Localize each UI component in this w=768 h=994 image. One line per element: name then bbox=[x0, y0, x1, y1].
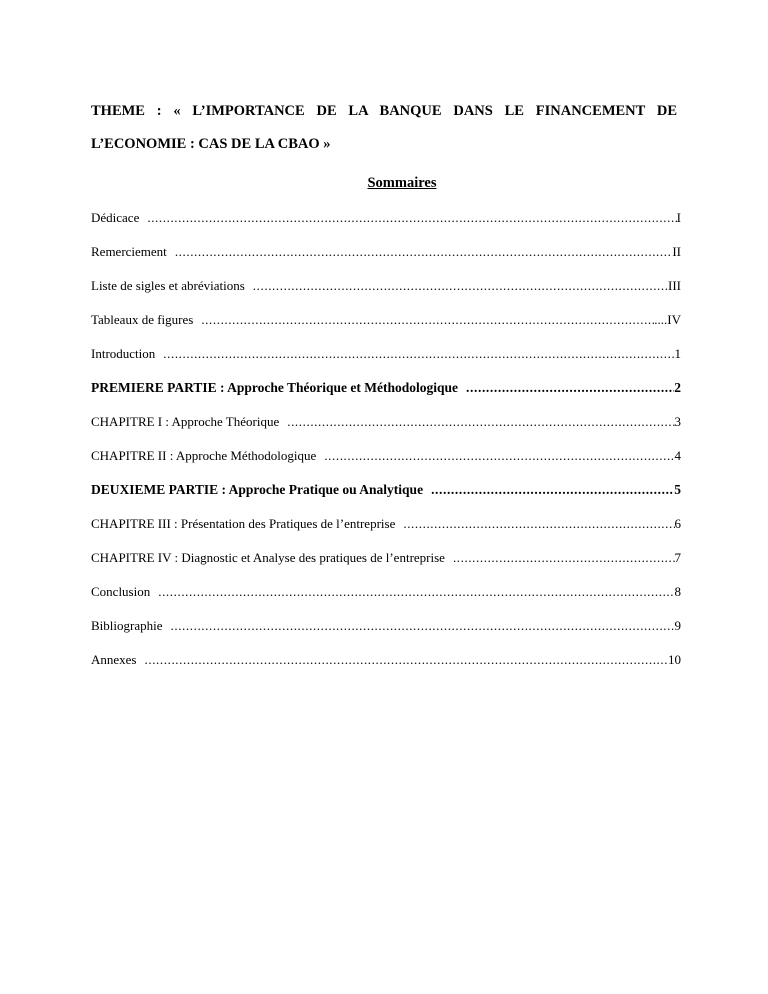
toc-entry-bibliographie[interactable]: Bibliographie 9 bbox=[91, 617, 681, 651]
toc-entry-page: 1 bbox=[675, 345, 682, 363]
toc-entry-annexes[interactable]: Annexes 10 bbox=[91, 651, 681, 685]
toc-entry-page: ....IV bbox=[654, 311, 681, 329]
document-theme: THEME : « L’IMPORTANCE DE LA BANQUE DANS… bbox=[91, 95, 677, 161]
toc-entry-label: Dédicace bbox=[91, 209, 147, 227]
dot-leader bbox=[431, 481, 674, 499]
toc-entry-page: 5 bbox=[674, 481, 681, 499]
toc-entry-page: 6 bbox=[675, 515, 682, 533]
toc-entry-page: 2 bbox=[674, 379, 681, 397]
toc-entry-label: CHAPITRE II : Approche Méthodologique bbox=[91, 447, 324, 465]
dot-leader bbox=[175, 243, 673, 261]
toc-entry-deuxieme-partie[interactable]: DEUXIEME PARTIE : Approche Pratique ou A… bbox=[91, 481, 681, 515]
toc-entry-label: Conclusion bbox=[91, 583, 158, 601]
toc-entry-page: 8 bbox=[675, 583, 682, 601]
dot-leader bbox=[171, 617, 675, 635]
toc-entry-chapitre-1[interactable]: CHAPITRE I : Approche Théorique 3 bbox=[91, 413, 681, 447]
dot-leader bbox=[453, 549, 675, 567]
toc-entry-label: Introduction bbox=[91, 345, 163, 363]
toc-entry-label: Tableaux de figures bbox=[91, 311, 201, 329]
toc-entry-chapitre-2[interactable]: CHAPITRE II : Approche Méthodologique 4 bbox=[91, 447, 681, 481]
toc-entry-chapitre-3[interactable]: CHAPITRE III : Présentation des Pratique… bbox=[91, 515, 681, 549]
dot-leader bbox=[147, 209, 676, 227]
dot-leader bbox=[158, 583, 674, 601]
toc-entry-page: II bbox=[672, 243, 681, 261]
dot-leader bbox=[145, 651, 669, 669]
dot-leader bbox=[403, 515, 674, 533]
toc-entry-dedicace[interactable]: Dédicace I bbox=[91, 209, 681, 243]
toc-entry-label: CHAPITRE IV : Diagnostic et Analyse des … bbox=[91, 549, 453, 567]
theme-line-1: THEME : « L’IMPORTANCE DE LA BANQUE DANS… bbox=[91, 95, 677, 128]
dot-leader bbox=[466, 379, 674, 397]
dot-leader bbox=[163, 345, 674, 363]
dot-leader bbox=[201, 311, 654, 329]
toc-entry-label: CHAPITRE III : Présentation des Pratique… bbox=[91, 515, 403, 533]
toc-entry-chapitre-4[interactable]: CHAPITRE IV : Diagnostic et Analyse des … bbox=[91, 549, 681, 583]
toc-entry-page: 7 bbox=[675, 549, 682, 567]
toc-entry-introduction[interactable]: Introduction 1 bbox=[91, 345, 681, 379]
toc-entry-label: Bibliographie bbox=[91, 617, 171, 635]
dot-leader bbox=[324, 447, 674, 465]
toc-entry-label: DEUXIEME PARTIE : Approche Pratique ou A… bbox=[91, 481, 431, 499]
toc-entry-label: Remerciement bbox=[91, 243, 175, 261]
toc-entry-premiere-partie[interactable]: PREMIERE PARTIE : Approche Théorique et … bbox=[91, 379, 681, 413]
toc-entry-page: 3 bbox=[675, 413, 682, 431]
toc-entry-label: Liste de sigles et abréviations bbox=[91, 277, 253, 295]
dot-leader bbox=[253, 277, 668, 295]
toc-entry-remerciement[interactable]: Remerciement II bbox=[91, 243, 681, 277]
toc-entry-page: 4 bbox=[675, 447, 682, 465]
toc-entry-page: 9 bbox=[675, 617, 682, 635]
toc-entry-conclusion[interactable]: Conclusion 8 bbox=[91, 583, 681, 617]
theme-line-2: L’ECONOMIE : CAS DE LA CBAO » bbox=[91, 128, 677, 161]
toc-entry-label: Annexes bbox=[91, 651, 145, 669]
toc-entry-page: I bbox=[677, 209, 681, 227]
toc-entry-page: 10 bbox=[668, 651, 681, 669]
table-of-contents: Dédicace I Remerciement II Liste de sigl… bbox=[91, 209, 681, 685]
dot-leader bbox=[287, 413, 674, 431]
toc-entry-sigles[interactable]: Liste de sigles et abréviations III bbox=[91, 277, 681, 311]
toc-title: Sommaires bbox=[0, 175, 768, 192]
toc-entry-label: CHAPITRE I : Approche Théorique bbox=[91, 413, 287, 431]
toc-entry-tableaux[interactable]: Tableaux de figures ....IV bbox=[91, 311, 681, 345]
toc-entry-page: III bbox=[668, 277, 681, 295]
toc-entry-label: PREMIERE PARTIE : Approche Théorique et … bbox=[91, 379, 466, 397]
